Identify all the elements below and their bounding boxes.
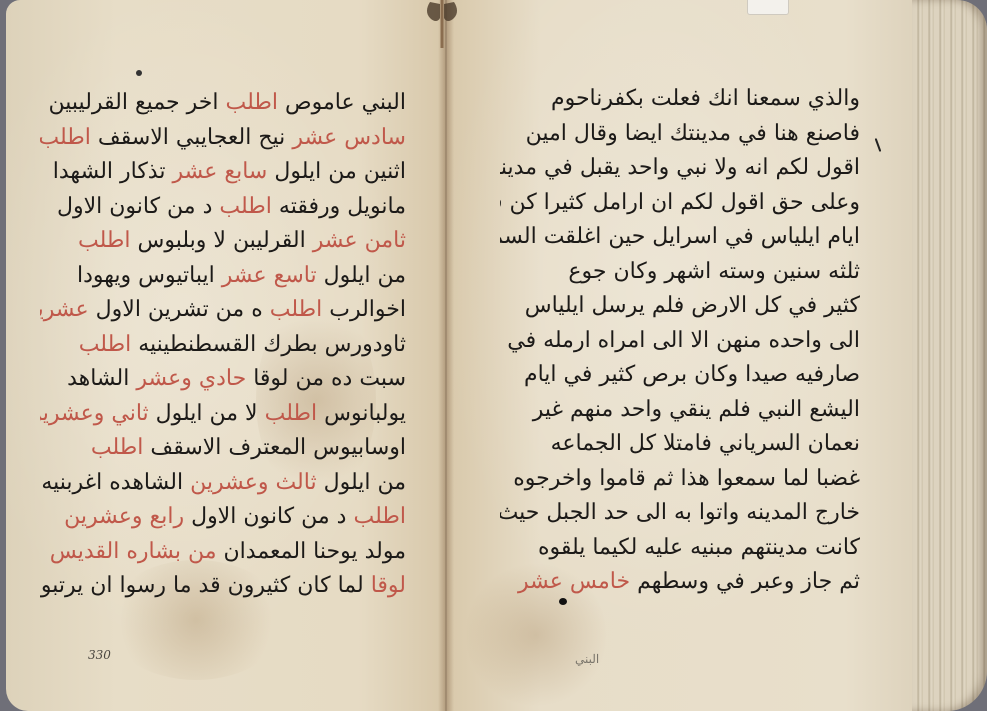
text-line: ثاودورس بطرك القسطنطينيه اطلب [40,328,406,363]
text-line: سبت ده من لوقا حادي وعشر الشاهد [40,362,406,397]
text-line: اوسابيوس المعترف الاسقف اطلب [40,431,406,466]
text-line: خارج المدينه واتوا به الى حد الجبل حيث [500,496,860,531]
text-line: كانت مدينتهم مبنيه عليه لكيما يلقوه [500,531,860,566]
text-line: وعلى حق اقول لكم ان ارامل كثيرا كن في [500,186,860,221]
text-line: كثير في كل الارض فلم يرسل ايلياس [500,289,860,324]
text-line: من ايلول ثالث وعشرين الشاهده اغربنيه [40,466,406,501]
text-line: سادس عشر نيح العجايبي الاسقف اطلب [40,121,406,156]
text-line: اقول لكم انه ولا نبي واحد يقبل في مدينته [500,151,860,186]
text-line: ثم جاز وعبر في وسطهم خامس عشر [500,565,860,600]
text-line: ثامن عشر القرليبن لا وبلبوس اطلب [40,224,406,259]
text-line: من ايلول تاسع عشر ايباتيوس ويهودا [40,259,406,294]
text-line: مانويل ورفقته اطلب د من كانون الاول [40,190,406,225]
ink-spot [136,70,142,76]
book-gutter [438,0,454,711]
text-line: اخوالرب اطلب ه من تشرين الاول عشرين [40,293,406,328]
text-line: غضبا لما سمعوا هذا ثم قاموا واخرجوه [500,462,860,497]
text-line: البني عاموص اطلب اخر جميع القرليبين [40,86,406,121]
text-line: صارفيه صيدا وكان برص كثير في ايام [500,358,860,393]
manuscript-photo: البني عاموص اطلب اخر جميع القرليبين سادس… [0,0,987,711]
text-line: لوقا لما كان كثيرون قد ما رسوا ان يرتبوا [40,569,406,604]
text-line: الى واحده منهن الا الى امراه ارمله في [500,324,860,359]
text-line: فاصنع هنا في مدينتك ايضا وقال امين [500,117,860,152]
text-line: ثلثه سنين وسته اشهر وكان جوع [500,255,860,290]
catchword: البني [575,652,599,666]
text-line: يولبانوس اطلب لا من ايلول ثاني وعشرين [40,397,406,432]
text-line: اليشع النبي فلم ينقي واحد منهم غير [500,393,860,428]
text-line: ايام ايلياس في اسرايل حين اغلقت السما [500,220,860,255]
text-line: والذي سمعنا انك فعلت بكفرناحوم [500,82,860,117]
text-line: مولد يوحنا المعمدان من بشاره القديس [40,535,406,570]
folio-number: 330 [88,648,111,662]
left-page-text: البني عاموص اطلب اخر جميع القرليبين سادس… [40,86,406,604]
text-line: اطلب د من كانون الاول رابع وعشرين [40,500,406,535]
text-line: اثنين من ايلول سابع عشر تذكار الشهدا [40,155,406,190]
paper-tab [747,0,789,15]
binding-stitch [422,0,462,48]
page-edges [912,0,987,711]
right-page-text: والذي سمعنا انك فعلت بكفرناحوم فاصنع هنا… [500,82,860,600]
text-line: نعمان السرياني فامتلا كل الجماعه [500,427,860,462]
